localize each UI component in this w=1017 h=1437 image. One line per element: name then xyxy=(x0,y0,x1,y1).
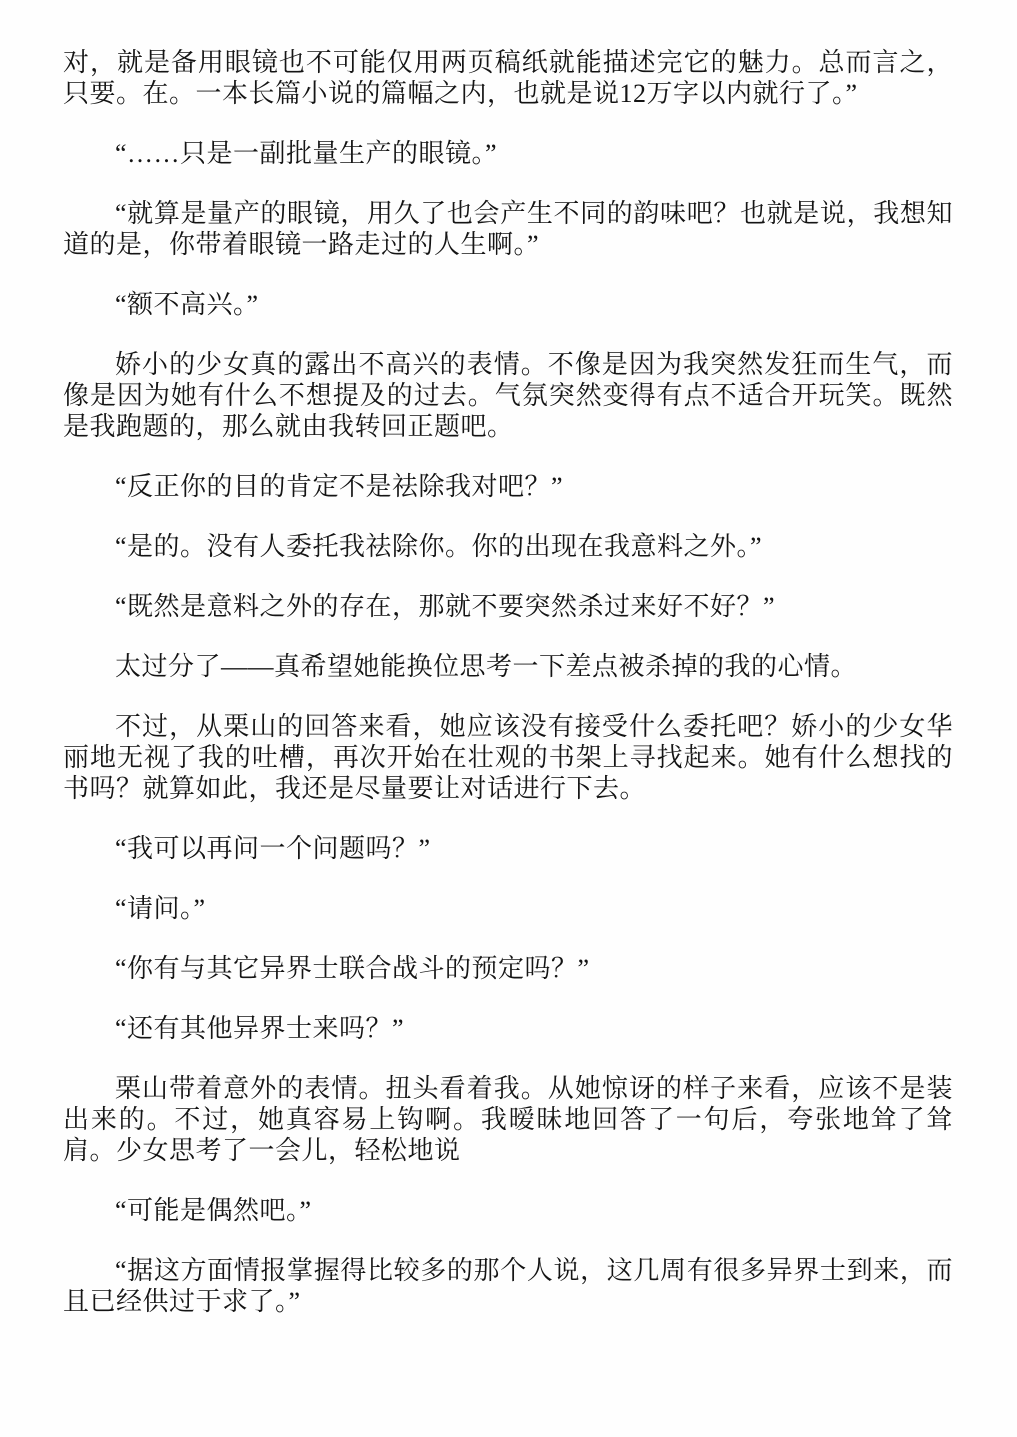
dialogue-paragraph: “就算是量产的眼镜，用久了也会产生不同的韵味吧？也就是说，我想知道的是，你带着眼… xyxy=(63,198,953,260)
dialogue-paragraph: “据这方面情报掌握得比较多的那个人说，这几周有很多异界士到来，而且已经供过于求了… xyxy=(63,1255,953,1317)
narration-paragraph: 不过，从栗山的回答来看，她应该没有接受什么委托吧？娇小的少女华丽地无视了我的吐槽… xyxy=(63,711,953,804)
narration-paragraph: 对，就是备用眼镜也不可能仅用两页稿纸就能描述完它的魅力。总而言之，只要。在。一本… xyxy=(63,47,953,109)
dialogue-paragraph: “反正你的目的肯定不是祛除我对吧？” xyxy=(63,471,953,502)
dialogue-paragraph: “既然是意料之外的存在，那就不要突然杀过来好不好？” xyxy=(63,591,953,622)
dialogue-paragraph: “是的。没有人委托我祛除你。你的出现在我意料之外。” xyxy=(63,531,953,562)
dialogue-paragraph: “……只是一副批量生产的眼镜。” xyxy=(63,138,953,169)
dialogue-paragraph: “可能是偶然吧。” xyxy=(63,1195,953,1226)
narration-paragraph: 娇小的少女真的露出不高兴的表情。不像是因为我突然发狂而生气，而像是因为她有什么不… xyxy=(63,349,953,442)
document-page: 对，就是备用眼镜也不可能仅用两页稿纸就能描述完它的魅力。总而言之，只要。在。一本… xyxy=(0,0,1017,1437)
dialogue-paragraph: “请问。” xyxy=(63,893,953,924)
narration-paragraph: 栗山带着意外的表情。扭头看着我。从她惊讶的样子来看，应该不是装出来的。不过，她真… xyxy=(63,1073,953,1166)
dialogue-paragraph: “你有与其它异界士联合战斗的预定吗？” xyxy=(63,953,953,984)
dialogue-paragraph: “还有其他异界士来吗？” xyxy=(63,1013,953,1044)
dialogue-paragraph: “我可以再问一个问题吗？” xyxy=(63,833,953,864)
novel-text-content: 对，就是备用眼镜也不可能仅用两页稿纸就能描述完它的魅力。总而言之，只要。在。一本… xyxy=(63,47,953,1317)
narration-paragraph: 太过分了——真希望她能换位思考一下差点被杀掉的我的心情。 xyxy=(63,651,953,682)
dialogue-paragraph: “额不高兴。” xyxy=(63,289,953,320)
